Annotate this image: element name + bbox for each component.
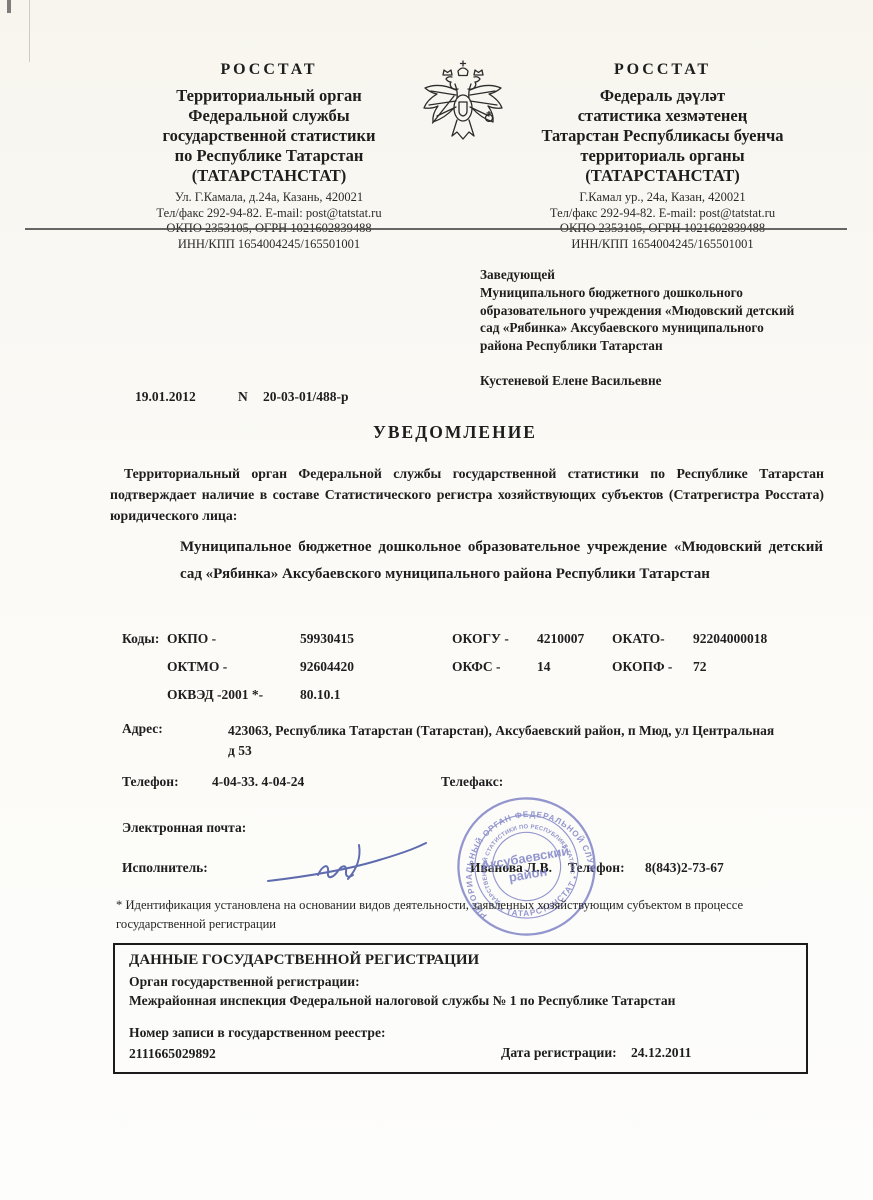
org-contact-lines: Г.Камал ур., 24а, Казан, 420021 Тел/факс…	[500, 190, 825, 253]
oktmo-label: ОКТМО -	[167, 659, 227, 675]
org-contact-lines: Ул. Г.Камала, д.24а, Казань, 420021 Тел/…	[118, 190, 420, 253]
org-name-lines: Федераль дәүләт статистика хезмәтенең Та…	[500, 86, 825, 187]
document-number: 20-03-01/488-р	[263, 389, 349, 405]
coat-of-arms-eagle-icon	[419, 58, 507, 150]
email-label: Электронная почта:	[122, 820, 246, 836]
header-divider	[25, 228, 847, 230]
scanned-notification-document: РОССТАТ Территориальный орган Федерально…	[0, 0, 873, 1200]
addressee-block: Заведующей Муниципального бюджетного дош…	[480, 266, 832, 390]
okopf-label: ОКОПФ -	[612, 659, 672, 675]
addressee-person: Кустеневой Елене Васильевне	[480, 372, 832, 390]
okfs-value: 14	[537, 659, 551, 675]
subject-organization: Муниципальное бюджетное дошкольное образ…	[180, 534, 823, 589]
registration-record-number: 2111665029892	[129, 1046, 216, 1061]
oktmo-value: 92604420	[300, 659, 354, 675]
codes-label: Коды:	[122, 631, 159, 647]
okfs-label: ОКФС -	[452, 659, 501, 675]
address-value: 423063, Республика Татарстан (Татарстан)…	[228, 721, 784, 762]
okved-label: ОКВЭД -2001 *-	[167, 687, 263, 703]
okpo-value: 59930415	[300, 631, 354, 647]
document-date: 19.01.2012	[135, 389, 196, 405]
address-label: Адрес:	[122, 721, 163, 737]
registration-authority: Межрайонная инспекция Федеральной налого…	[129, 993, 792, 1009]
document-title: УВЕДОМЛЕНИЕ	[0, 422, 873, 443]
agency-name: РОССТАТ	[500, 60, 825, 80]
executor-signature	[262, 834, 432, 890]
state-registration-box: ДАННЫЕ ГОСУДАРСТВЕННОЙ РЕГИСТРАЦИИ Орган…	[113, 943, 808, 1074]
scan-corner-artifact	[7, 0, 11, 13]
body-paragraph: Территориальный орган Федеральной службы…	[110, 464, 824, 527]
addressee-org: Заведующей Муниципального бюджетного дош…	[480, 266, 832, 355]
org-name-lines: Территориальный орган Федеральной службы…	[118, 86, 420, 187]
okogu-value: 4210007	[537, 631, 584, 647]
okved-value: 80.10.1	[300, 687, 341, 703]
document-number-label: N	[238, 389, 248, 405]
okato-value: 92204000018	[693, 631, 767, 647]
registration-record-label: Номер записи в государственном реестре:	[129, 1025, 792, 1041]
phone-label: Телефон:	[122, 774, 179, 790]
phone-value: 4-04-33. 4-04-24	[212, 774, 304, 790]
registration-date-label: Дата регистрации:	[501, 1045, 617, 1061]
executor-label: Исполнитель:	[122, 860, 208, 876]
okato-label: ОКАТО-	[612, 631, 665, 647]
registration-authority-label: Орган государственной регистрации:	[129, 974, 792, 990]
letterhead-right: РОССТАТ Федераль дәүләт статистика хезмә…	[500, 60, 825, 253]
okogu-label: ОКОГУ -	[452, 631, 509, 647]
scan-edge-artifact	[29, 0, 30, 62]
agency-name: РОССТАТ	[118, 60, 420, 80]
letterhead-left: РОССТАТ Территориальный орган Федерально…	[118, 60, 420, 253]
executor-phone-value: 8(843)2-73-67	[645, 860, 724, 876]
okpo-label: ОКПО -	[167, 631, 216, 647]
registration-box-title: ДАННЫЕ ГОСУДАРСТВЕННОЙ РЕГИСТРАЦИИ	[129, 952, 792, 969]
identification-footnote: * Идентификация установлена на основании…	[116, 896, 808, 934]
okopf-value: 72	[693, 659, 707, 675]
registration-date-value: 24.12.2011	[631, 1045, 691, 1061]
